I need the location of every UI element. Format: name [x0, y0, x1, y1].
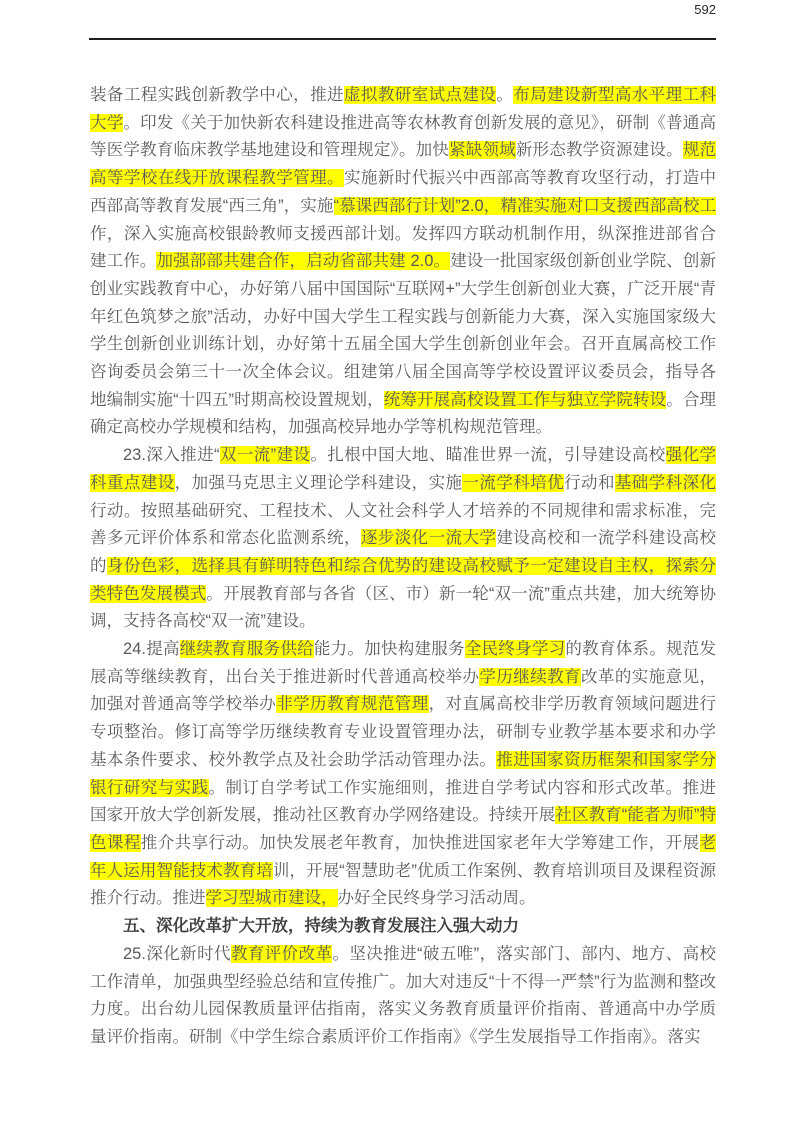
text-run: 23.深入推进“ [123, 446, 220, 464]
highlighted-text: 教育评价改革 [231, 945, 333, 963]
section-heading: 五、深化改革扩大开放，持续为教育发展注入强大动力 [90, 913, 716, 941]
highlighted-text: 紧缺领域 [449, 141, 516, 159]
highlighted-text: 非学历教育规范管理 [276, 695, 428, 713]
text-run: 建设一批国家级创新创业学院、创新创业实践教育中心，办好第八届中国国际“互联网+”… [90, 252, 716, 409]
text-run: 装备工程实践创新教学中心，推进 [90, 86, 344, 104]
highlighted-text: 逐步淡化一流大学 [361, 529, 496, 547]
header-rule [89, 38, 716, 40]
highlighted-text: 统筹开展高校设置工作与独立学院转设 [384, 391, 667, 409]
highlighted-text: 全民终身学习 [465, 640, 566, 658]
paragraph: 24.提高继续教育服务供给能力。加快构建服务全民终身学习的教育体系。规范发展高等… [90, 636, 716, 913]
paragraph: 装备工程实践创新教学中心，推进虚拟教研室试点建设。布局建设新型高水平理工科大学。… [90, 82, 716, 442]
highlighted-text: 学习型城市建设， [206, 889, 338, 907]
text-run: 行动和 [564, 474, 615, 492]
highlighted-text: 虚拟教研室试点建设 [344, 86, 496, 104]
highlighted-text: 双一流”建设 [220, 446, 311, 464]
text-run: 能力。加快构建服务 [314, 640, 465, 658]
page-number: 592 [694, 2, 716, 17]
paragraph: 23.深入推进“双一流”建设。扎根中国大地、瞄准世界一流，引导建设高校强化学科重… [90, 442, 716, 636]
text-run: 24.提高 [123, 640, 180, 658]
highlighted-text: 学历继续教育 [479, 668, 581, 686]
highlighted-text: 一流学科培优 [462, 474, 564, 492]
text-run: 办好全民终身学习活动周。 [338, 889, 536, 907]
paragraph: 25.深化新时代教育评价改革。坚决推进“破五唯”，落实部门、部内、地方、高校工作… [90, 941, 716, 1052]
highlighted-text: 加强部部共建合作，启动省部共建 2.0。 [156, 252, 450, 270]
document-body: 装备工程实践创新教学中心，推进虚拟教研室试点建设。布局建设新型高水平理工科大学。… [90, 82, 716, 1052]
text-run: 。 [496, 86, 513, 104]
text-run: 推介共享行动。加快发展老年教育，加快推进国家老年大学筹建工作，开展 [141, 834, 700, 852]
text-run: 五、深化改革扩大开放，持续为教育发展注入强大动力 [123, 917, 519, 935]
text-run: 新形态教学资源建设。 [516, 141, 683, 159]
highlighted-text: “慕课西部行计划”2.0，精准实施对口支援西部高校工 [334, 197, 717, 215]
highlighted-text: 继续教育服务供给 [180, 640, 314, 658]
highlighted-text: 基础学科深化 [615, 474, 716, 492]
text-run: ，加强马克思主义理论学科建设，实施 [175, 474, 463, 492]
text-run: 25.深化新时代 [123, 945, 231, 963]
text-run: 。扎根中国大地、瞄准世界一流，引导建设高校 [310, 446, 665, 464]
